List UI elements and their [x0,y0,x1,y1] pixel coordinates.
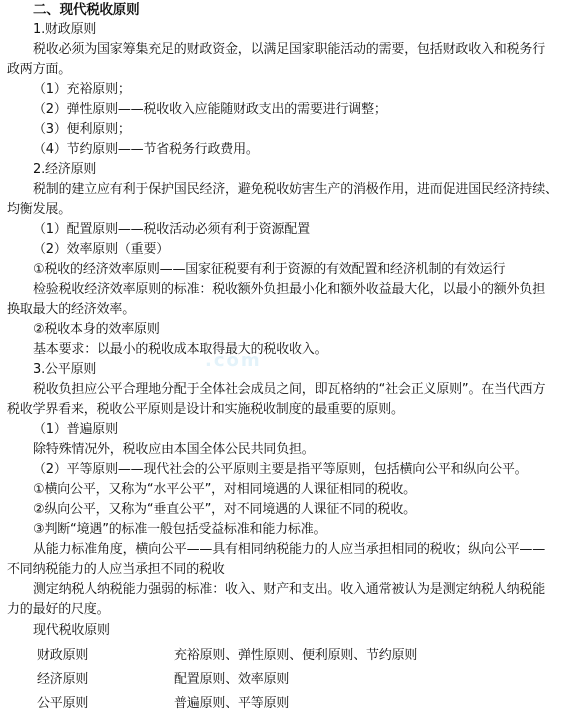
subsection-title: 1.财政原则 [33,20,96,40]
paragraph-line: 测定纳税人纳税能力强弱的标准：收入、财产和支出。收入通常被认为是测定纳税人纳税能 [33,580,545,600]
list-item: （4）节约原则——节省税务行政费用。 [33,140,259,160]
list-item: （1）充裕原则； [33,80,131,100]
table-row: 经济原则 配置原则、效率原则 [0,670,580,690]
principle-cell: 公平原则 [37,694,88,714]
list-item: ①税收的经济效率原则——国家征税要有利于资源的有效配置和经济机制的有效运行 [33,260,505,280]
table-row: 财政原则 充裕原则、弹性原则、便利原则、节约原则 [0,646,580,666]
section-heading: 二、现代税收原则 [33,0,139,20]
paragraph-line: 均衡发展。 [7,200,71,220]
list-item: （3）便利原则； [33,120,131,140]
sub-principles-cell: 普遍原则、平等原则 [174,694,289,714]
paragraph-line: 税收必须为国家筹集充足的财政资金，以满足国家职能活动的需要，包括财政收入和税务行 [33,40,545,60]
paragraph-line: 从能力标准角度，横向公平——具有相同纳税能力的人应当承担相同的税收；纵向公平—— [33,540,545,560]
paragraph-line: 检验税收经济效率原则的标准：税收额外负担最小化和额外收益最大化，以最小的额外负担 [33,280,545,300]
sub-principles-cell: 配置原则、效率原则 [174,670,289,690]
principle-cell: 经济原则 [37,670,88,690]
subsection-title: 3.公平原则 [33,360,96,380]
list-item: ①横向公平，又称为“水平公平”，对相同境遇的人课征相同的税收。 [33,480,416,500]
paragraph-line: 税收学界看来，税收公平原则是设计和实施税收制度的最重要的原则。 [7,400,404,420]
list-item: （2）效率原则（重要） [33,240,169,260]
paragraph-line: 政两方面。 [7,60,71,80]
paragraph-line: 力的最好的尺度。 [7,600,109,620]
paragraph-line: 税制的建立应有利于保护国民经济，避免税收妨害生产的消极作用，进而促进国民经济持续… [33,180,558,200]
list-item: ③判断“境遇”的标准一般包括受益标准和能力标准。 [33,520,326,540]
paragraph-line: 税收负担应公平合理地分配于全体社会成员之间，即瓦格纳的“社会正义原则”。在当代西… [33,380,545,400]
watermark: .com [205,350,325,374]
summary-title: 现代税收原则 [33,621,110,641]
subsection-title: 2.经济原则 [33,160,96,180]
paragraph-line: 除特殊情况外，税收应由本国全体公民共同负担。 [33,440,315,460]
list-item: ②纵向公平，又称为“垂直公平”，对不同境遇的人课征不同的税收。 [33,500,416,520]
list-item: （1）配置原则——税收活动必须有利于资源配置 [33,220,310,240]
list-item: （1）普遍原则 [33,420,118,440]
principle-cell: 财政原则 [37,646,88,666]
table-row: 公平原则 普遍原则、平等原则 [0,694,580,714]
sub-principles-cell: 充裕原则、弹性原则、便利原则、节约原则 [174,646,417,666]
list-item: ②税收本身的效率原则 [33,320,160,340]
list-item: （2）平等原则——现代社会的公平原则主要是指平等原则，包括横向公平和纵向公平。 [33,460,527,480]
list-item: （2）弹性原则——税收收入应能随财政支出的需要进行调整； [33,100,387,120]
paragraph-line: 不同纳税能力的人应当承担不同的税收 [7,560,225,580]
paragraph-line: 换取最大的经济效率。 [7,300,135,320]
